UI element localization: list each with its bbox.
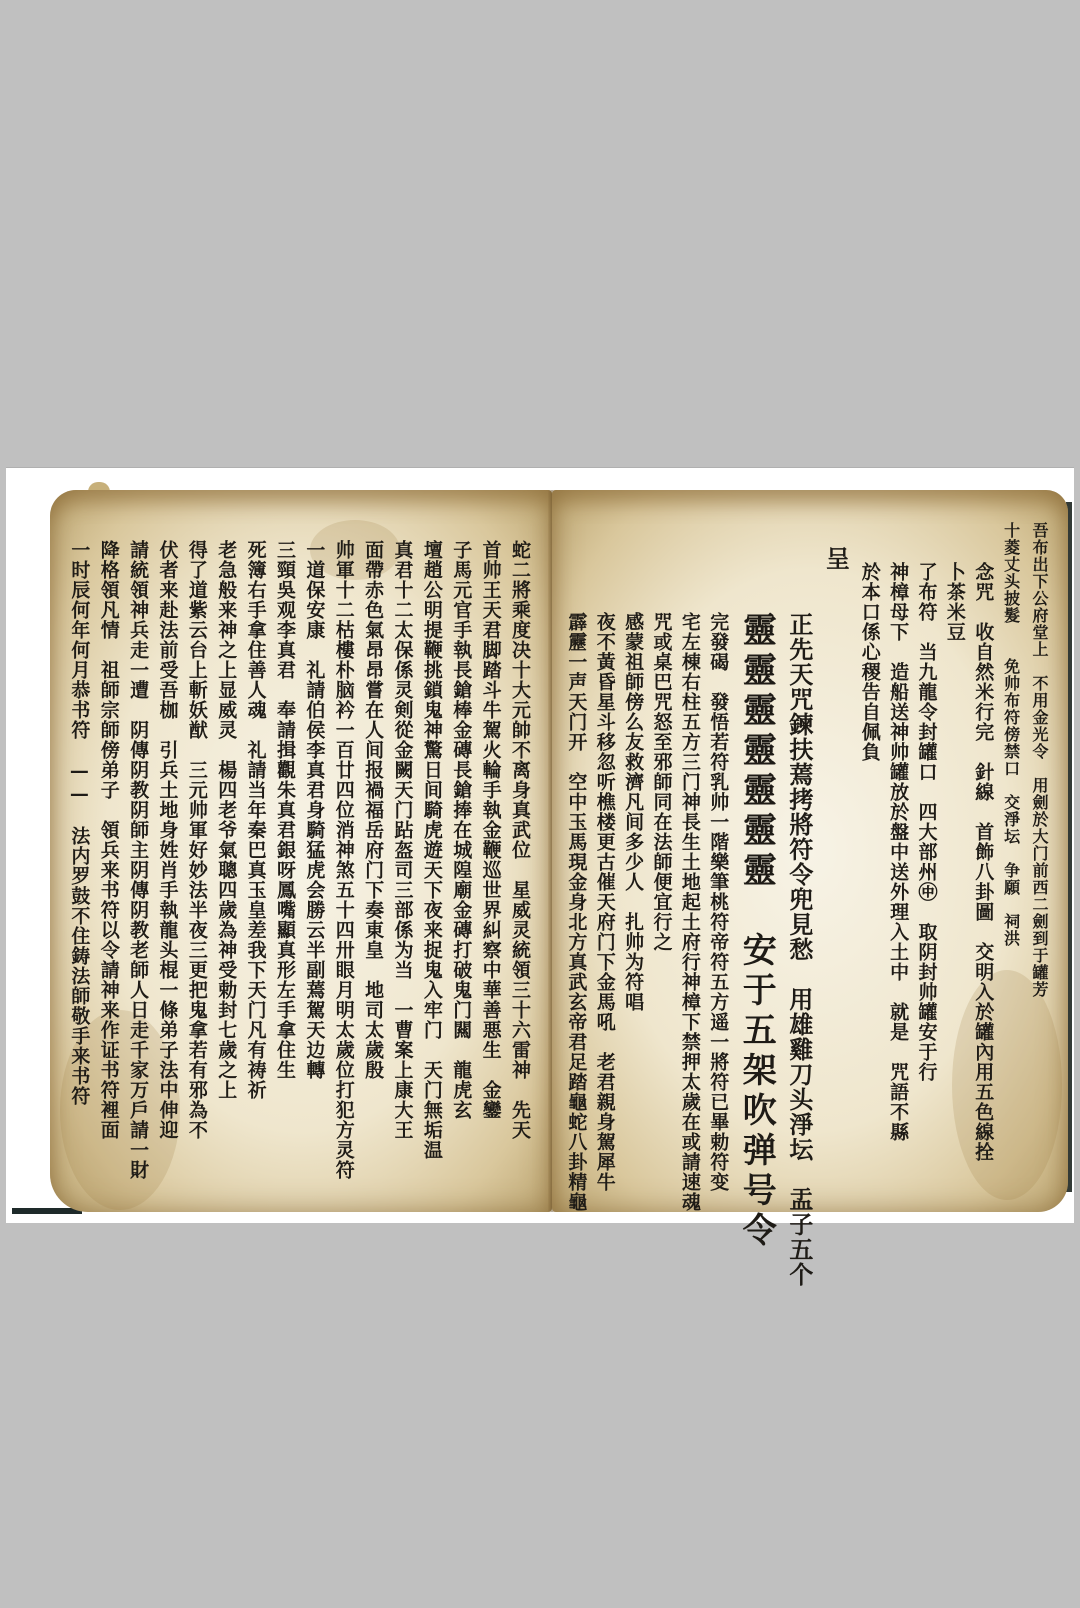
text-column: 感蒙祖師傍么友救濟凡间多少人 扎帅为符唱 xyxy=(619,522,647,1292)
text-column: 降格領凡情 祖師宗師傍弟子 領兵来书符以令請神来作证书符裡面 xyxy=(93,522,122,1212)
right-page-text: 吾布岀下公府堂上 不用金光令 用劍於大门前西二劍到于罐芳 十菱丈头披髮 免帅布符… xyxy=(562,522,1054,1202)
text-column: 子馬元官手執長鎗棒金磚長鎗捧在城隍廟金磚打破鬼门闗 龍虎玄 xyxy=(446,522,475,1212)
section-heading: 呈 xyxy=(817,522,855,1226)
text-column: 蛇二將乘度决十大元帥不离身真武位 星威灵統領三十六雷神 先天 xyxy=(505,522,534,1212)
left-page: 蛇二將乘度决十大元帥不离身真武位 星威灵統領三十六雷神 先天 首帅王天君脚踏斗牛… xyxy=(50,490,552,1212)
text-column: 伏者来赴法前受吾枷 引兵土地身姓肖手執龍头棍一條弟子法中伸迎 xyxy=(152,522,181,1212)
text-column: 咒或桌巴咒怒至邪師同在法師便宜行之 xyxy=(647,522,675,1292)
text-column: 首帅王天君脚踏斗牛駕火輪手執金鞭巡世界糾察中華善悪生 金鑾 xyxy=(475,522,504,1212)
text-column: 夜不黃昏星斗移忽听樵楼更古催天府门下金馬吼 老君親身駕犀牛 xyxy=(590,522,618,1292)
text-column: 一道保安康 礼請伯侯李真君身騎猛虎会勝云半副蔫駕天边轉 xyxy=(299,522,328,1212)
manuscript-spread: 蛇二將乘度决十大元帥不离身真武位 星威灵統領三十六雷神 先天 首帅王天君脚踏斗牛… xyxy=(50,482,1068,1216)
talisman-characters: 靈靈靈靈靈靈靈 安于五架吹弹号令 xyxy=(732,522,782,1292)
text-column: 吾布岀下公府堂上 不用金光令 用劍於大门前西二劍到于罐芳 xyxy=(1026,522,1054,1202)
text-column: 霹靂一声天门开 空中玉馬現金身北方真武玄帝君足踏龜蛇八卦精龜 xyxy=(562,522,590,1292)
scan-frame: 蛇二將乘度决十大元帥不离身真武位 星威灵統領三十六雷神 先天 首帅王天君脚踏斗牛… xyxy=(6,467,1074,1223)
text-column: 一时辰何年何月恭书符 —— 法内罗鼓不住鋳法師敬手来书符 xyxy=(64,522,93,1212)
text-column: 神樟母下 造船送神帅罐放於盤中送外理入土中 就是 咒語不縣 xyxy=(884,522,912,1242)
text-column: 完發碣 發悟若符乳帅一階樂筆桃符帝符五方遥一將符已畢勅符变 xyxy=(704,522,732,1292)
left-page-text: 蛇二將乘度决十大元帥不离身真武位 星威灵統領三十六雷神 先天 首帅王天君脚踏斗牛… xyxy=(64,522,534,1194)
text-column: 真君十二太保係灵剣從金闕天门跕盔司三部係为当 一曹案上康大王 xyxy=(387,522,416,1212)
text-column: 面帶赤色氣昂昂嘗在人间报禍福岳府门下奏東皇 地司太歲殷 xyxy=(358,522,387,1212)
text-column: 宅左棟右柱五方三门神長生土地起土府行神樟下禁押太歲在或請速魂 xyxy=(676,522,704,1292)
text-column: 十菱丈头披髮 免帅布符傍禁口 交淨坛 争願 祠洪 xyxy=(997,522,1025,1202)
text-column: 於本口係心稷告自佩負 xyxy=(855,522,883,1242)
text-column: 三頸吳观李真君 奉請揖觀朱真君銀呀鳳嘴顯真形左手拿住生 xyxy=(270,522,299,1212)
text-column: 了布符 当九龍令封罐口 四大部州㊥ 取阴封帅罐安于行 xyxy=(912,522,940,1242)
right-page: 吾布岀下公府堂上 不用金光令 用劍於大门前西二劍到于罐芳 十菱丈头披髮 免帅布符… xyxy=(552,490,1068,1212)
text-column: 壇趙公明提鞭挑鎖鬼神驚日间騎虎遊天下夜来捉鬼入牢门 天门無垢温 xyxy=(417,522,446,1212)
text-column: 念咒 收自然米行完 針線 首飾八卦圖 交明入於罐內用五色線拴 xyxy=(969,522,997,1242)
text-column: 卜茶米豆 xyxy=(941,522,969,1242)
text-column: 請統領神兵走一遭 阴傳阴教阴師主阴傳阴教老師人日走千家万戶請一財 xyxy=(123,522,152,1212)
text-column: 帅軍十二枯樓朴脑衿一百廿四位消神煞五十四卅眼月明太歲位打犯方灵符 xyxy=(328,522,357,1212)
incantation-title: 正先天咒鍊扶蔫拷將符令兜見愁 用雄雞刀头淨坛 盂子五个 xyxy=(782,522,817,1292)
text-column: 老急般来神之上显威灵 楊四老爷氣聰四歲為神受勅封七歲之上 xyxy=(211,522,240,1212)
text-column: 死簿右手拿住善人魂 礼請当年秦巴真玉皇差我下天门凡有祷祈 xyxy=(240,522,269,1212)
text-column: 得了道紫云台上斬妖猷 三元帅軍好妙法半夜三更把鬼拿若有邪為不 xyxy=(182,522,211,1212)
